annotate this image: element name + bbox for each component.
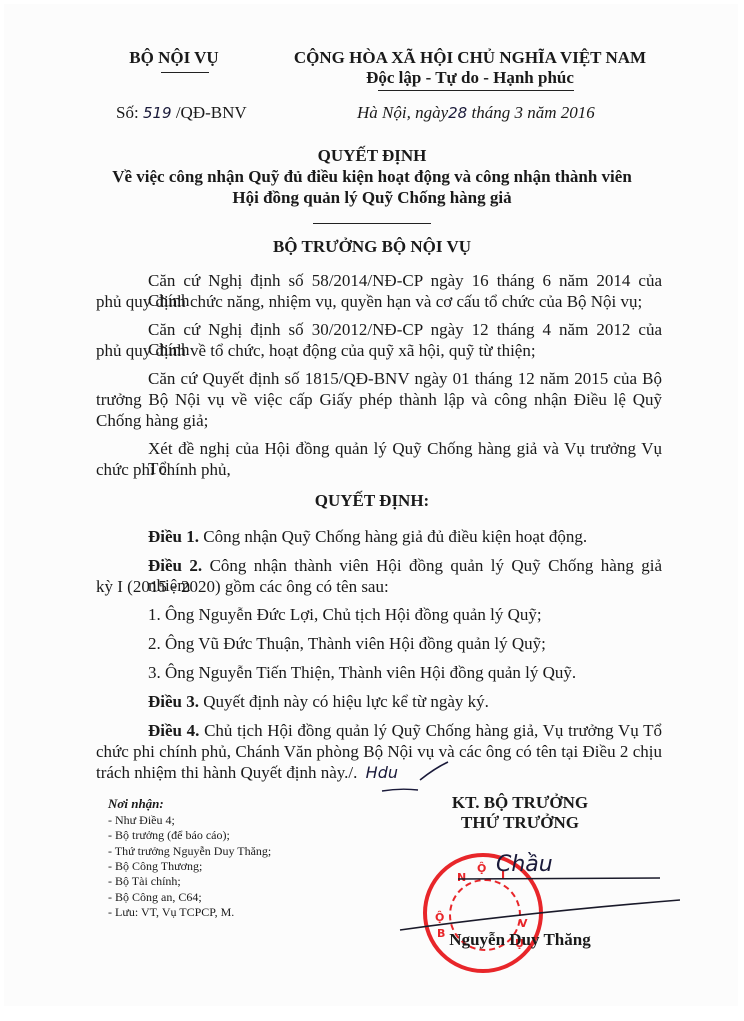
subject-line-1: Về việc công nhận Quỹ đủ điều kiện hoạt … [0, 167, 744, 187]
preamble-4-line-2: chức phi chính phủ, [96, 460, 231, 480]
member-2: 2. Ông Vũ Đức Thuận, Thành viên Hội đồng… [148, 634, 546, 654]
preamble-3-line-2: trưởng Bộ Nội vụ về việc cấp Giấy phép t… [96, 390, 662, 410]
recipients-heading: Nơi nhận: [108, 796, 164, 812]
preamble-1-line-2: phủ quy định chức năng, nhiệm vụ, quyền … [96, 292, 642, 312]
date-suffix: tháng 3 năm 2016 [471, 103, 594, 122]
article-3-label: Điều 3. [148, 692, 199, 711]
number-prefix: Số: [116, 103, 139, 122]
motto-underline [378, 90, 574, 91]
recipient-item: - Bộ Công Thương; [108, 859, 202, 874]
signer-title-1: KT. BỘ TRƯỞNG [430, 793, 610, 813]
recipient-item: - Lưu: VT, Vụ TCPCP, M. [108, 905, 234, 920]
article-2-label: Điều 2. [148, 556, 202, 575]
signature-strokes [380, 850, 680, 940]
article-4-line-3: trách nhiệm thi hành Quyết định này./. H… [96, 763, 398, 783]
authority-heading: BỘ TRƯỞNG BỘ NỘI VỤ [0, 237, 744, 257]
article-1-text: Công nhận Quỹ Chống hàng giả đủ điều kiệ… [203, 527, 587, 546]
article-4-text: Chủ tịch Hội đồng quản lý Quỹ Chống hàng… [204, 721, 662, 740]
article-4-label: Điều 4. [148, 721, 199, 740]
article-2-line-2: kỳ I (2015 - 2020) gồm các ông có tên sa… [96, 577, 389, 597]
preamble-3-line-3: Chống hàng giả; [96, 411, 208, 431]
date-prefix: Hà Nội, ngày [357, 103, 448, 122]
document-title: QUYẾT ĐỊNH [0, 146, 744, 166]
national-motto: Độc lập - Tự do - Hạnh phúc [290, 68, 650, 88]
country-name: CỘNG HÒA XÃ HỘI CHỦ NGHĨA VIỆT NAM [290, 48, 650, 68]
article-4-line-1: Điều 4. Chủ tịch Hội đồng quản lý Quỹ Ch… [148, 721, 662, 741]
article-1-label: Điều 1. [148, 527, 199, 546]
title-divider [313, 223, 431, 224]
issue-date: Hà Nội, ngày28 tháng 3 năm 2016 [357, 103, 595, 123]
decision-heading: QUYẾT ĐỊNH: [0, 491, 744, 511]
member-3: 3. Ông Nguyễn Tiến Thiện, Thành viên Hội… [148, 663, 576, 683]
document-number: Số: 519 /QĐ-BNV [116, 103, 247, 123]
initials-stroke [360, 758, 450, 794]
recipient-item: - Như Điều 4; [108, 813, 175, 828]
recipient-item: - Bộ Tài chính; [108, 874, 181, 889]
signer-title-2: THỨ TRƯỞNG [430, 813, 610, 833]
number-suffix: /QĐ-BNV [176, 103, 247, 122]
article-3: Điều 3. Quyết định này có hiệu lực kể từ… [148, 692, 489, 712]
recipient-item: - Thứ trưởng Nguyễn Duy Thăng; [108, 844, 271, 859]
ministry-underline [161, 72, 209, 73]
ministry-name: BỘ NỘI VỤ [108, 48, 240, 68]
recipient-item: - Bộ Công an, C64; [108, 890, 202, 905]
article-3-text: Quyết định này có hiệu lực kể từ ngày ký… [203, 692, 489, 711]
member-1: 1. Ông Nguyễn Đức Lợi, Chủ tịch Hội đồng… [148, 605, 542, 625]
article-4-closing: trách nhiệm thi hành Quyết định này./. [96, 763, 357, 782]
number-handwritten: 519 [143, 104, 172, 122]
subject-line-2: Hội đồng quản lý Quỹ Chống hàng giả [0, 188, 744, 208]
date-day-handwritten: 28 [448, 104, 467, 122]
article-1: Điều 1. Công nhận Quỹ Chống hàng giả đủ … [148, 527, 587, 547]
recipient-item: - Bộ trưởng (để báo cáo); [108, 828, 230, 843]
signer-name: Nguyễn Duy Thăng [430, 930, 610, 950]
preamble-2-line-2: phủ quy định về tổ chức, hoạt động của q… [96, 341, 536, 361]
preamble-3-line-1: Căn cứ Quyết định số 1815/QĐ-BNV ngày 01… [148, 369, 662, 389]
